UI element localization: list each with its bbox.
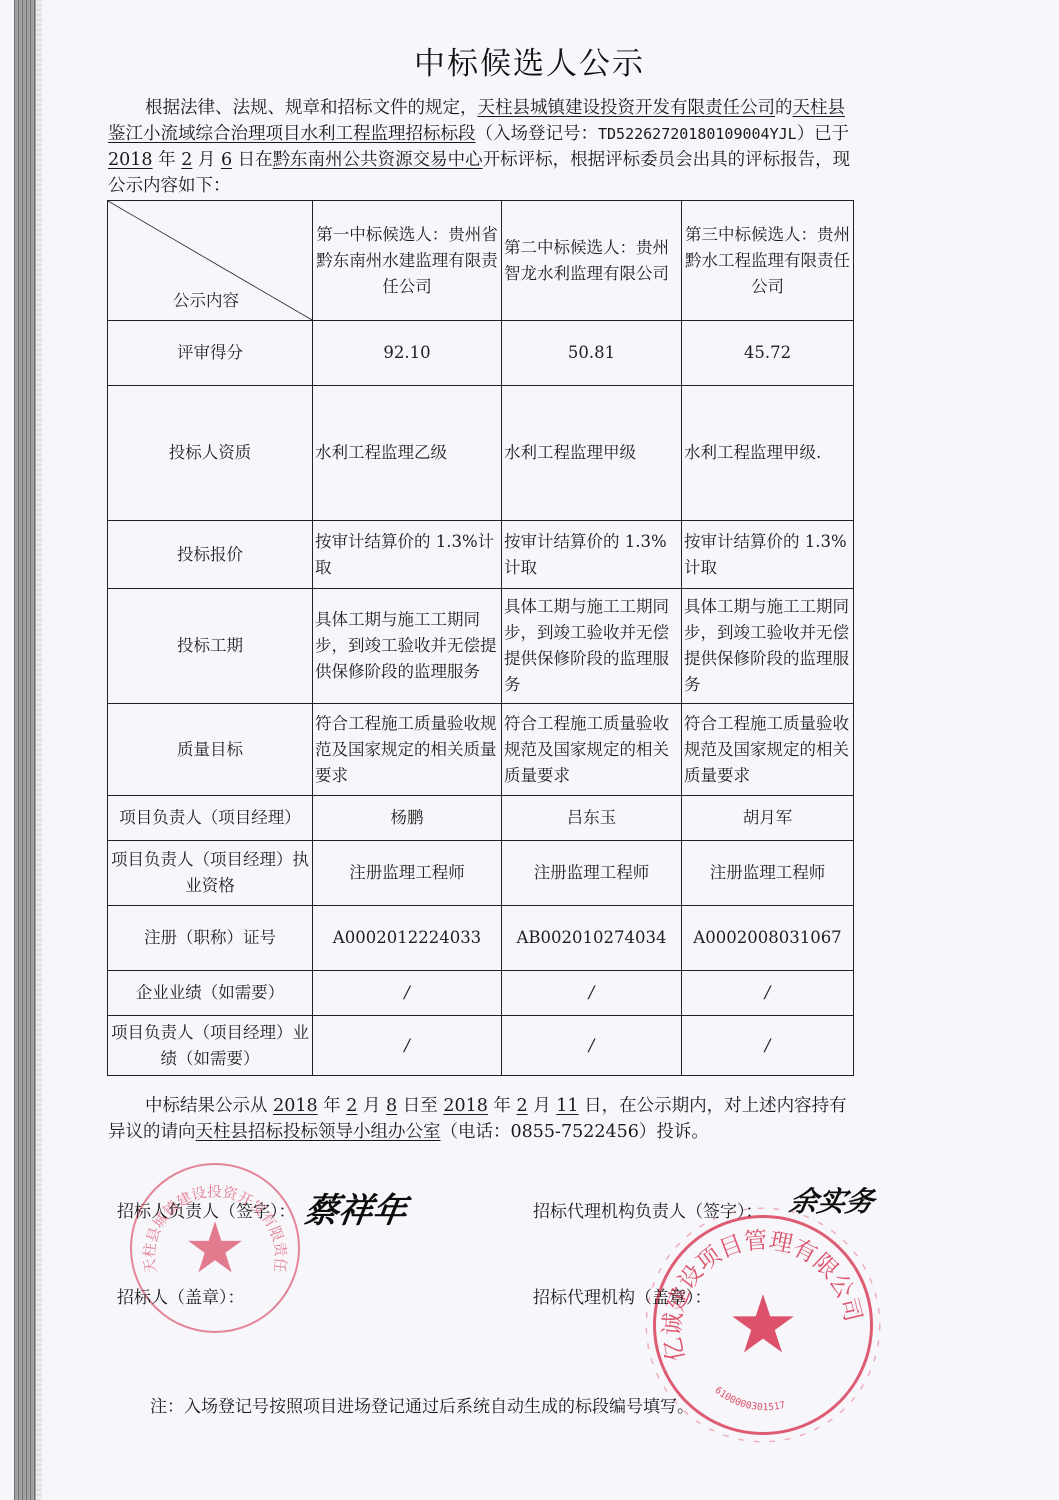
- row-label-manager-qualification: 项目负责人（项目经理）执业资格: [108, 841, 313, 906]
- cell-candidate-2: 水利工程监理甲级: [502, 386, 682, 521]
- table-row: 质量目标符合工程施工质量验收规范及国家规定的相关质量要求符合工程施工质量验收规范…: [108, 704, 854, 796]
- open-month: 2: [181, 150, 192, 170]
- scan-edge-artifact: [14, 0, 36, 1500]
- intro-prefix: 根据法律、法规、规章和招标文件的规定，: [145, 98, 478, 118]
- table-row: 评审得分92.1050.8145.72: [108, 321, 854, 386]
- table-row: 项目负责人（项目经理）执业资格注册监理工程师注册监理工程师注册监理工程师: [108, 841, 854, 906]
- cell-candidate-1: /: [313, 1016, 502, 1076]
- tenderer-head-signature: 蔡祥年: [302, 1183, 411, 1232]
- row-label-bid-period: 投标工期: [108, 589, 313, 704]
- result-to: 日至: [397, 1096, 443, 1116]
- cell-candidate-2: 具体工期与施工工期同步，到竣工验收并无偿提供保修阶段的监理服务: [502, 589, 682, 704]
- row-label-qualification: 投标人资质: [108, 386, 313, 521]
- table-row: 投标报价按审计结算价的 1.3%计取按审计结算价的 1.3%计取按审计结算价的 …: [108, 521, 854, 589]
- cell-candidate-2: 注册监理工程师: [502, 841, 682, 906]
- cell-candidate-1: /: [313, 971, 502, 1016]
- cell-candidate-1: A0002012224033: [313, 906, 502, 971]
- svg-text:6100000301517: 6100000301517: [712, 1385, 786, 1413]
- agency-seal-label: 招标代理机构（盖章）：: [533, 1283, 712, 1308]
- month-label: 月: [357, 1096, 386, 1116]
- month-label: 月: [528, 1096, 557, 1116]
- cell-candidate-3: 水利工程监理甲级.: [682, 386, 854, 521]
- table-header-row: 公示内容 第一中标候选人：贵州省黔东南州水建监理有限责任公司 第二中标候选人：贵…: [108, 201, 854, 321]
- cell-candidate-3: /: [682, 971, 854, 1016]
- end-month: 2: [517, 1096, 528, 1116]
- open-year: 2018: [108, 150, 153, 170]
- tenderer-head-label: 招标人负责人（签字）：: [117, 1197, 296, 1222]
- agency-head-label: 招标代理机构负责人（签字）：: [533, 1197, 763, 1222]
- row-label-score: 评审得分: [108, 321, 313, 386]
- agency-seal-code: 6100000301517: [712, 1385, 786, 1413]
- cell-candidate-3: 胡月军: [682, 796, 854, 841]
- end-year: 2018: [443, 1096, 488, 1116]
- cell-candidate-3: 符合工程施工质量验收规范及国家规定的相关质量要求: [682, 704, 854, 796]
- footnote: 注：入场登记号按照项目进场登记通过后系统自动生成的标段编号填写。: [150, 1392, 694, 1417]
- cell-candidate-2: /: [502, 971, 682, 1016]
- row-label-project-manager: 项目负责人（项目经理）: [108, 796, 313, 841]
- day-label: 日在: [232, 150, 273, 170]
- tenderer-seal-label: 招标人（盖章）：: [117, 1283, 245, 1308]
- intro-paragraph: 根据法律、法规、规章和招标文件的规定，天柱县城镇建设投资开发有限责任公司的天柱县…: [108, 95, 856, 199]
- cell-candidate-1: 注册监理工程师: [313, 841, 502, 906]
- registration-prefix: （入场登记号：: [476, 124, 599, 144]
- cell-candidate-1: 按审计结算价的 1.3%计取: [313, 521, 502, 589]
- table-row: 投标人资质水利工程监理乙级水利工程监理甲级水利工程监理甲级.: [108, 386, 854, 521]
- candidate-1-header: 第一中标候选人：贵州省黔东南州水建监理有限责任公司: [313, 201, 502, 321]
- open-day: 6: [221, 150, 232, 170]
- intro-of: 的: [775, 98, 793, 118]
- start-day: 8: [386, 1096, 397, 1116]
- star-icon: ★: [184, 1213, 247, 1283]
- row-label-bid-price: 投标报价: [108, 521, 313, 589]
- cell-candidate-3: /: [682, 1016, 854, 1076]
- cell-candidate-2: 吕东玉: [502, 796, 682, 841]
- cell-candidate-3: A0002008031067: [682, 906, 854, 971]
- cell-candidate-1: 具体工期与施工工期同步，到竣工验收并无偿提供保修阶段的监理服务: [313, 589, 502, 704]
- cell-candidate-3: 按审计结算价的 1.3%计取: [682, 521, 854, 589]
- table-row: 企业业绩（如需要）///: [108, 971, 854, 1016]
- tenderer-name: 天柱县城镇建设投资开发有限责任公司: [478, 98, 776, 118]
- cell-candidate-1: 92.10: [313, 321, 502, 386]
- table-corner-cell: 公示内容: [108, 201, 313, 321]
- year-label: 年: [488, 1096, 517, 1116]
- table-row: 投标工期具体工期与施工工期同步，到竣工验收并无偿提供保修阶段的监理服务具体工期与…: [108, 589, 854, 704]
- cell-candidate-2: 按审计结算价的 1.3%计取: [502, 521, 682, 589]
- agency-head-signature: 余实务: [786, 1180, 877, 1220]
- result-paragraph: 中标结果公示从 2018 年 2 月 8 日至 2018 年 2 月 11 日，…: [108, 1093, 856, 1145]
- candidates-table: 公示内容 第一中标候选人：贵州省黔东南州水建监理有限责任公司 第二中标候选人：贵…: [107, 200, 854, 1076]
- row-label-manager-performance: 项目负责人（项目经理）业绩（如需要）: [108, 1016, 313, 1076]
- registration-number: TD52262720180109004YJL: [598, 125, 797, 143]
- registration-suffix: ）已于: [797, 124, 850, 144]
- table-row: 注册（职称）证号A0002012224033AB002010274034A000…: [108, 906, 854, 971]
- cell-candidate-2: 符合工程施工质量验收规范及国家规定的相关质量要求: [502, 704, 682, 796]
- year-label: 年: [318, 1096, 347, 1116]
- row-label-company-performance: 企业业绩（如需要）: [108, 971, 313, 1016]
- end-day: 11: [556, 1096, 578, 1116]
- cell-candidate-3: 注册监理工程师: [682, 841, 854, 906]
- start-year: 2018: [273, 1096, 318, 1116]
- table-row: 项目负责人（项目经理）杨鹏吕东玉胡月军: [108, 796, 854, 841]
- scan-edge-artifact-2: [36, 0, 42, 1500]
- cell-candidate-2: /: [502, 1016, 682, 1076]
- cell-candidate-3: 45.72: [682, 321, 854, 386]
- cell-candidate-1: 杨鹏: [313, 796, 502, 841]
- cell-candidate-2: AB002010274034: [502, 906, 682, 971]
- corner-label: 公示内容: [173, 288, 239, 314]
- month-label: 月: [192, 150, 221, 170]
- venue: 黔东南州公共资源交易中心: [273, 150, 483, 170]
- result-prefix: 中标结果公示从: [145, 1096, 273, 1116]
- candidate-2-header: 第二中标候选人：贵州智龙水利监理有限公司: [502, 201, 682, 321]
- year-label: 年: [153, 150, 182, 170]
- row-label-quality-goal: 质量目标: [108, 704, 313, 796]
- complaint-office: 天柱县招标投标领导小组办公室: [196, 1122, 441, 1142]
- start-month: 2: [346, 1096, 357, 1116]
- cell-candidate-2: 50.81: [502, 321, 682, 386]
- table-row: 项目负责人（项目经理）业绩（如需要）///: [108, 1016, 854, 1076]
- candidate-3-header: 第三中标候选人：贵州黔水工程监理有限责任公司: [682, 201, 854, 321]
- complaint-phone: （电话：0855-7522456）投诉。: [441, 1122, 709, 1142]
- page-title: 中标候选人公示: [0, 38, 1059, 83]
- cell-candidate-1: 符合工程施工质量验收规范及国家规定的相关质量要求: [313, 704, 502, 796]
- row-label-certificate-number: 注册（职称）证号: [108, 906, 313, 971]
- cell-candidate-3: 具体工期与施工工期同步，到竣工验收并无偿提供保修阶段的监理服务: [682, 589, 854, 704]
- star-icon: ★: [727, 1285, 799, 1365]
- cell-candidate-1: 水利工程监理乙级: [313, 386, 502, 521]
